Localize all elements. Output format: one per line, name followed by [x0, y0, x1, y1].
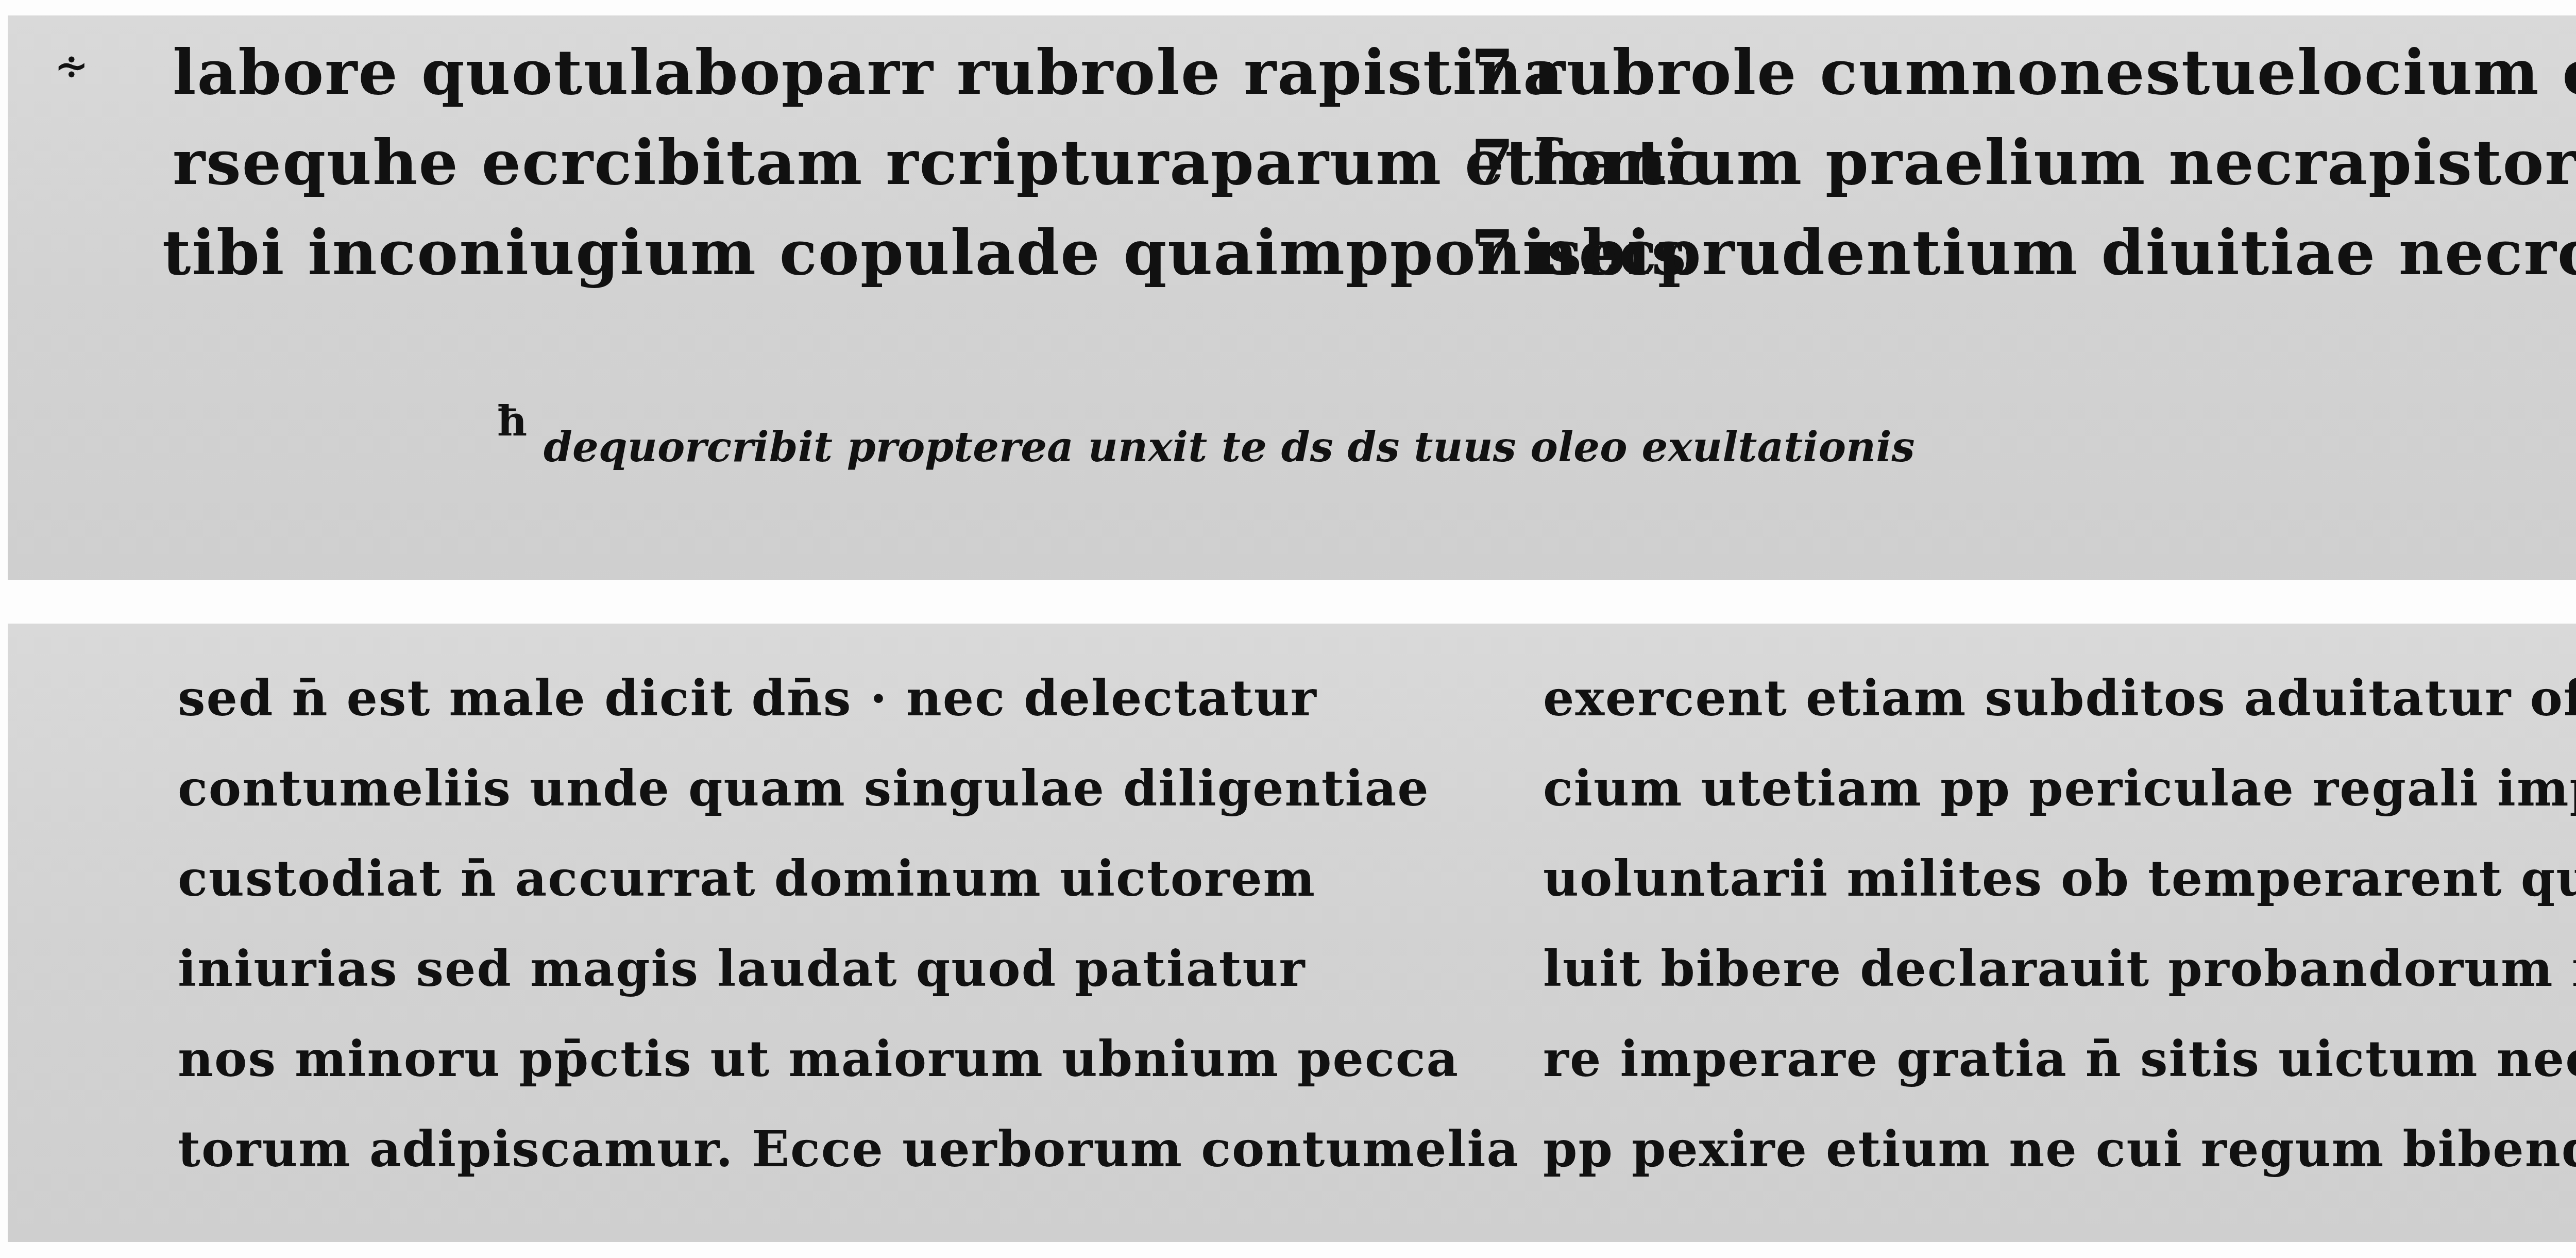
text-line: necprudentium diuitiae necrcibitium grat… — [1533, 216, 2576, 289]
text-line: tibi inconiugium copulade quaimpponisbis — [162, 216, 1687, 289]
manuscript-panel-top: ∻ labore quotulaboparr rubrole rapistina… — [8, 15, 2576, 580]
text-line: torum adipiscamur. Ecce uerborum contume… — [178, 1121, 1519, 1178]
text-line: re imperare gratia n̄ sitis uictum neces… — [1543, 1031, 2576, 1088]
text-line: luit bibere declarauit probandorum milit… — [1543, 941, 2576, 998]
separator-mark: 7 — [1471, 36, 1515, 109]
text-line: custodiat n̄ accurrat dominum uictorem — [178, 850, 1316, 908]
text-line: uoluntarii milites ob temperarent quod s… — [1543, 850, 2576, 908]
text-line: nos minoru pp̄ctis ut maiorum ubnium pec… — [178, 1031, 1459, 1088]
text-line: sed n̄ est male dicit dn̄s · nec delecta… — [178, 670, 1317, 727]
text-line: rubrole cumnonestuelocium curruis nec — [1533, 36, 2576, 109]
manuscript-panel-bottom: sed n̄ est male dicit dn̄s · nec delecta… — [8, 624, 2576, 1242]
text-line: labore quotulaboparr rubrole rapistina — [173, 36, 1564, 109]
separator-mark: 7 — [1471, 216, 1515, 289]
separator-mark: 7 — [1471, 126, 1515, 199]
margin-mark: ∻ — [54, 41, 89, 90]
text-line: iniurias sed magis laudat quod patiatur — [178, 941, 1306, 998]
text-line: fortium praelium necrapistorum panis — [1533, 126, 2576, 199]
text-line: pp pexire etium ne cui regum bibendiurus — [1543, 1121, 2576, 1178]
gloss-marker: ħ — [497, 397, 527, 445]
text-line: exercent etiam subditos aduitatur offi — [1543, 670, 2576, 727]
gloss-line: dequorcribit propterea unxit te ds ds tu… — [544, 423, 1915, 471]
text-line: cium utetiam pp periculae regali imperio — [1543, 760, 2576, 817]
text-line: contumeliis unde quam singulae diligenti… — [178, 760, 1430, 817]
